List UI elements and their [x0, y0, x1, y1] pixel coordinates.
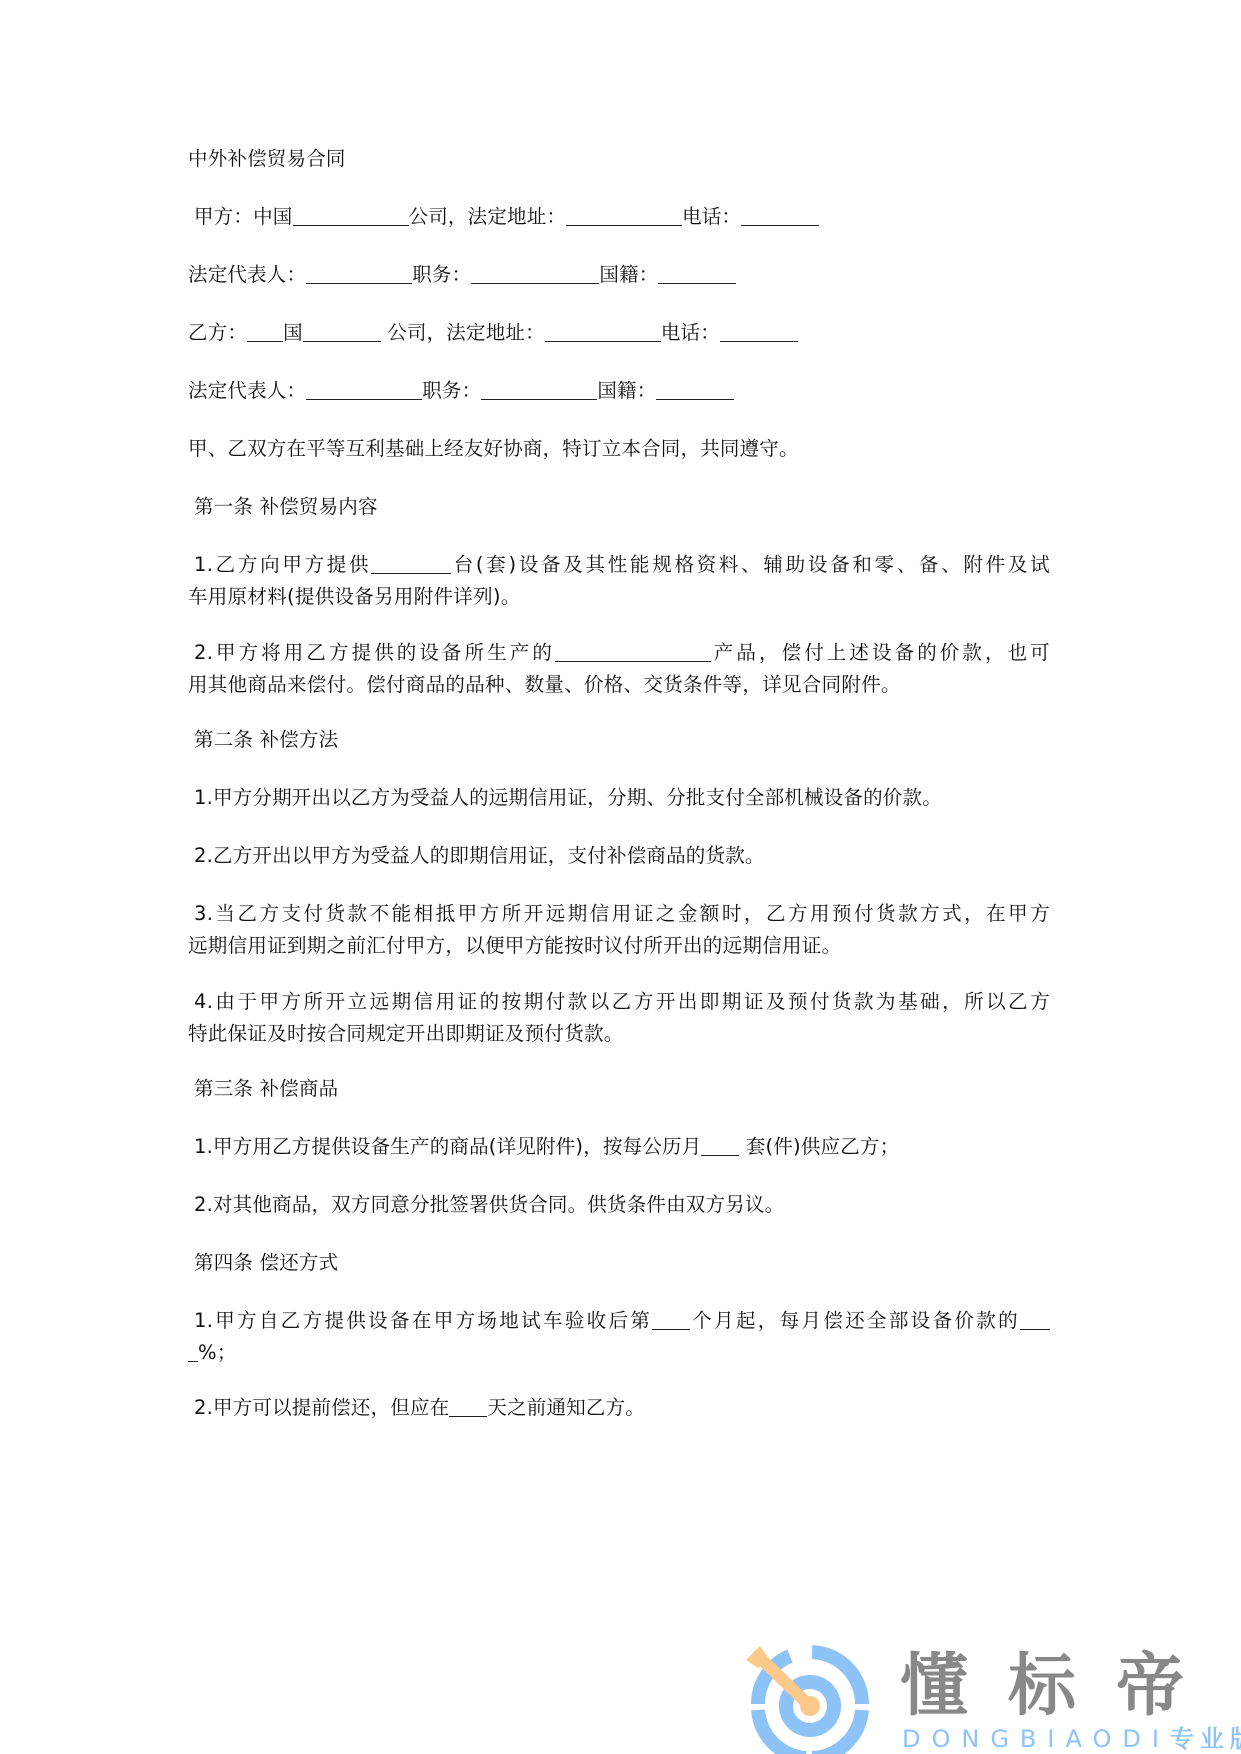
article-1-heading: 第一条 补偿贸易内容 [188, 491, 378, 523]
article-1-clause-2: 2.甲方将用乙方提供的设备所生产的产品，偿付上述设备的价款，也可 用其他商品来偿… [188, 637, 1050, 701]
percentage-blank-continued[interactable] [188, 1341, 198, 1362]
party-b-country-label: 国 [283, 321, 303, 344]
watermark-brand-cn: 懂标帝 [900, 1652, 1224, 1722]
party-b-company-blank[interactable] [303, 321, 381, 342]
party-a-label: 甲方：中国 [194, 205, 293, 228]
monthly-quantity-blank[interactable] [701, 1135, 739, 1156]
party-b-phone-label: 电话： [661, 321, 720, 344]
party-b-label: 乙方： [188, 321, 247, 344]
party-a-line-1: 甲方：中国公司，法定地址：电话： [188, 201, 819, 233]
equipment-quantity-blank[interactable] [371, 553, 451, 574]
start-month-blank[interactable] [652, 1309, 690, 1330]
party-a-rep-label: 法定代表人： [188, 263, 306, 286]
article-4-heading: 第四条 偿还方式 [188, 1247, 338, 1279]
party-b-address-blank[interactable] [545, 321, 661, 342]
preamble: 甲、乙双方在平等互利基础上经友好协商，特订立本合同，共同遵守。 [188, 433, 799, 465]
party-b-rep-blank[interactable] [306, 379, 422, 400]
party-b-line-1: 乙方：国 公司，法定地址：电话： [188, 317, 798, 349]
notice-days-blank[interactable] [449, 1396, 487, 1417]
party-b-address-label: 公司，法定地址： [381, 321, 545, 344]
party-b-line-2: 法定代表人：职务：国籍： [188, 375, 734, 407]
party-a-nationality-blank[interactable] [658, 263, 736, 284]
article-2-clause-4: 4.由于甲方所开立远期信用证的按期付款以乙方开出即期证及预付货款为基础，所以乙方… [188, 986, 1050, 1050]
target-arrow-icon [740, 1630, 900, 1754]
article-3-clause-1: 1.甲方用乙方提供设备生产的商品(详见附件)，按每公历月 套(件)供应乙方； [188, 1131, 899, 1163]
party-b-position-blank[interactable] [481, 379, 597, 400]
party-a-phone-label: 电话： [682, 205, 741, 228]
party-b-position-label: 职务： [422, 379, 481, 402]
party-a-line-2: 法定代表人：职务：国籍： [188, 259, 736, 291]
party-b-phone-blank[interactable] [720, 321, 798, 342]
party-a-company-blank[interactable] [293, 205, 409, 226]
party-a-nationality-label: 国籍： [599, 263, 658, 286]
article-1-clause-1: 1.乙方向甲方提供台(套)设备及其性能规格资料、辅助设备和零、备、附件及试 车用… [188, 549, 1050, 613]
document-page: 中外补偿贸易合同 甲方：中国公司，法定地址：电话： 法定代表人：职务：国籍： 乙… [0, 0, 1241, 1754]
percentage-blank[interactable] [1020, 1309, 1050, 1330]
party-a-position-blank[interactable] [471, 263, 599, 284]
article-2-clause-3: 3.当乙方支付货款不能相抵甲方所开远期信用证之金额时，乙方用预付货款方式，在甲方… [188, 898, 1050, 962]
article-2-heading: 第二条 补偿方法 [188, 724, 338, 756]
party-a-address-blank[interactable] [566, 205, 682, 226]
article-4-clause-1: 1.甲方自乙方提供设备在甲方场地试车验收后第个月起，每月偿还全部设备价款的 %； [188, 1305, 1050, 1369]
article-2-clause-1: 1.甲方分期开出以乙方为受益人的远期信用证，分期、分批支付全部机械设备的价款。 [188, 782, 942, 814]
party-a-rep-blank[interactable] [306, 263, 412, 284]
party-b-nationality-blank[interactable] [656, 379, 734, 400]
article-2-clause-2: 2.乙方开出以甲方为受益人的即期信用证，支付补偿商品的货款。 [188, 840, 765, 872]
watermark-brand-en: DONGBIAODI专业版 [902, 1726, 1241, 1752]
party-b-country-blank[interactable] [247, 321, 283, 342]
party-b-nationality-label: 国籍： [597, 379, 656, 402]
document-title: 中外补偿贸易合同 [188, 143, 346, 175]
party-a-position-label: 职务： [412, 263, 471, 286]
article-4-clause-2: 2.甲方可以提前偿还，但应在天之前通知乙方。 [188, 1392, 645, 1424]
product-name-blank[interactable] [555, 641, 711, 662]
party-a-address-label: 公司，法定地址： [409, 205, 567, 228]
article-3-clause-2: 2.对其他商品，双方同意分批签署供货合同。供货条件由双方另议。 [188, 1189, 784, 1221]
watermark-logo: 懂标帝 DONGBIAODI专业版 [740, 1630, 1241, 1754]
party-a-phone-blank[interactable] [741, 205, 819, 226]
party-b-rep-label: 法定代表人： [188, 379, 306, 402]
article-3-heading: 第三条 补偿商品 [188, 1073, 338, 1105]
